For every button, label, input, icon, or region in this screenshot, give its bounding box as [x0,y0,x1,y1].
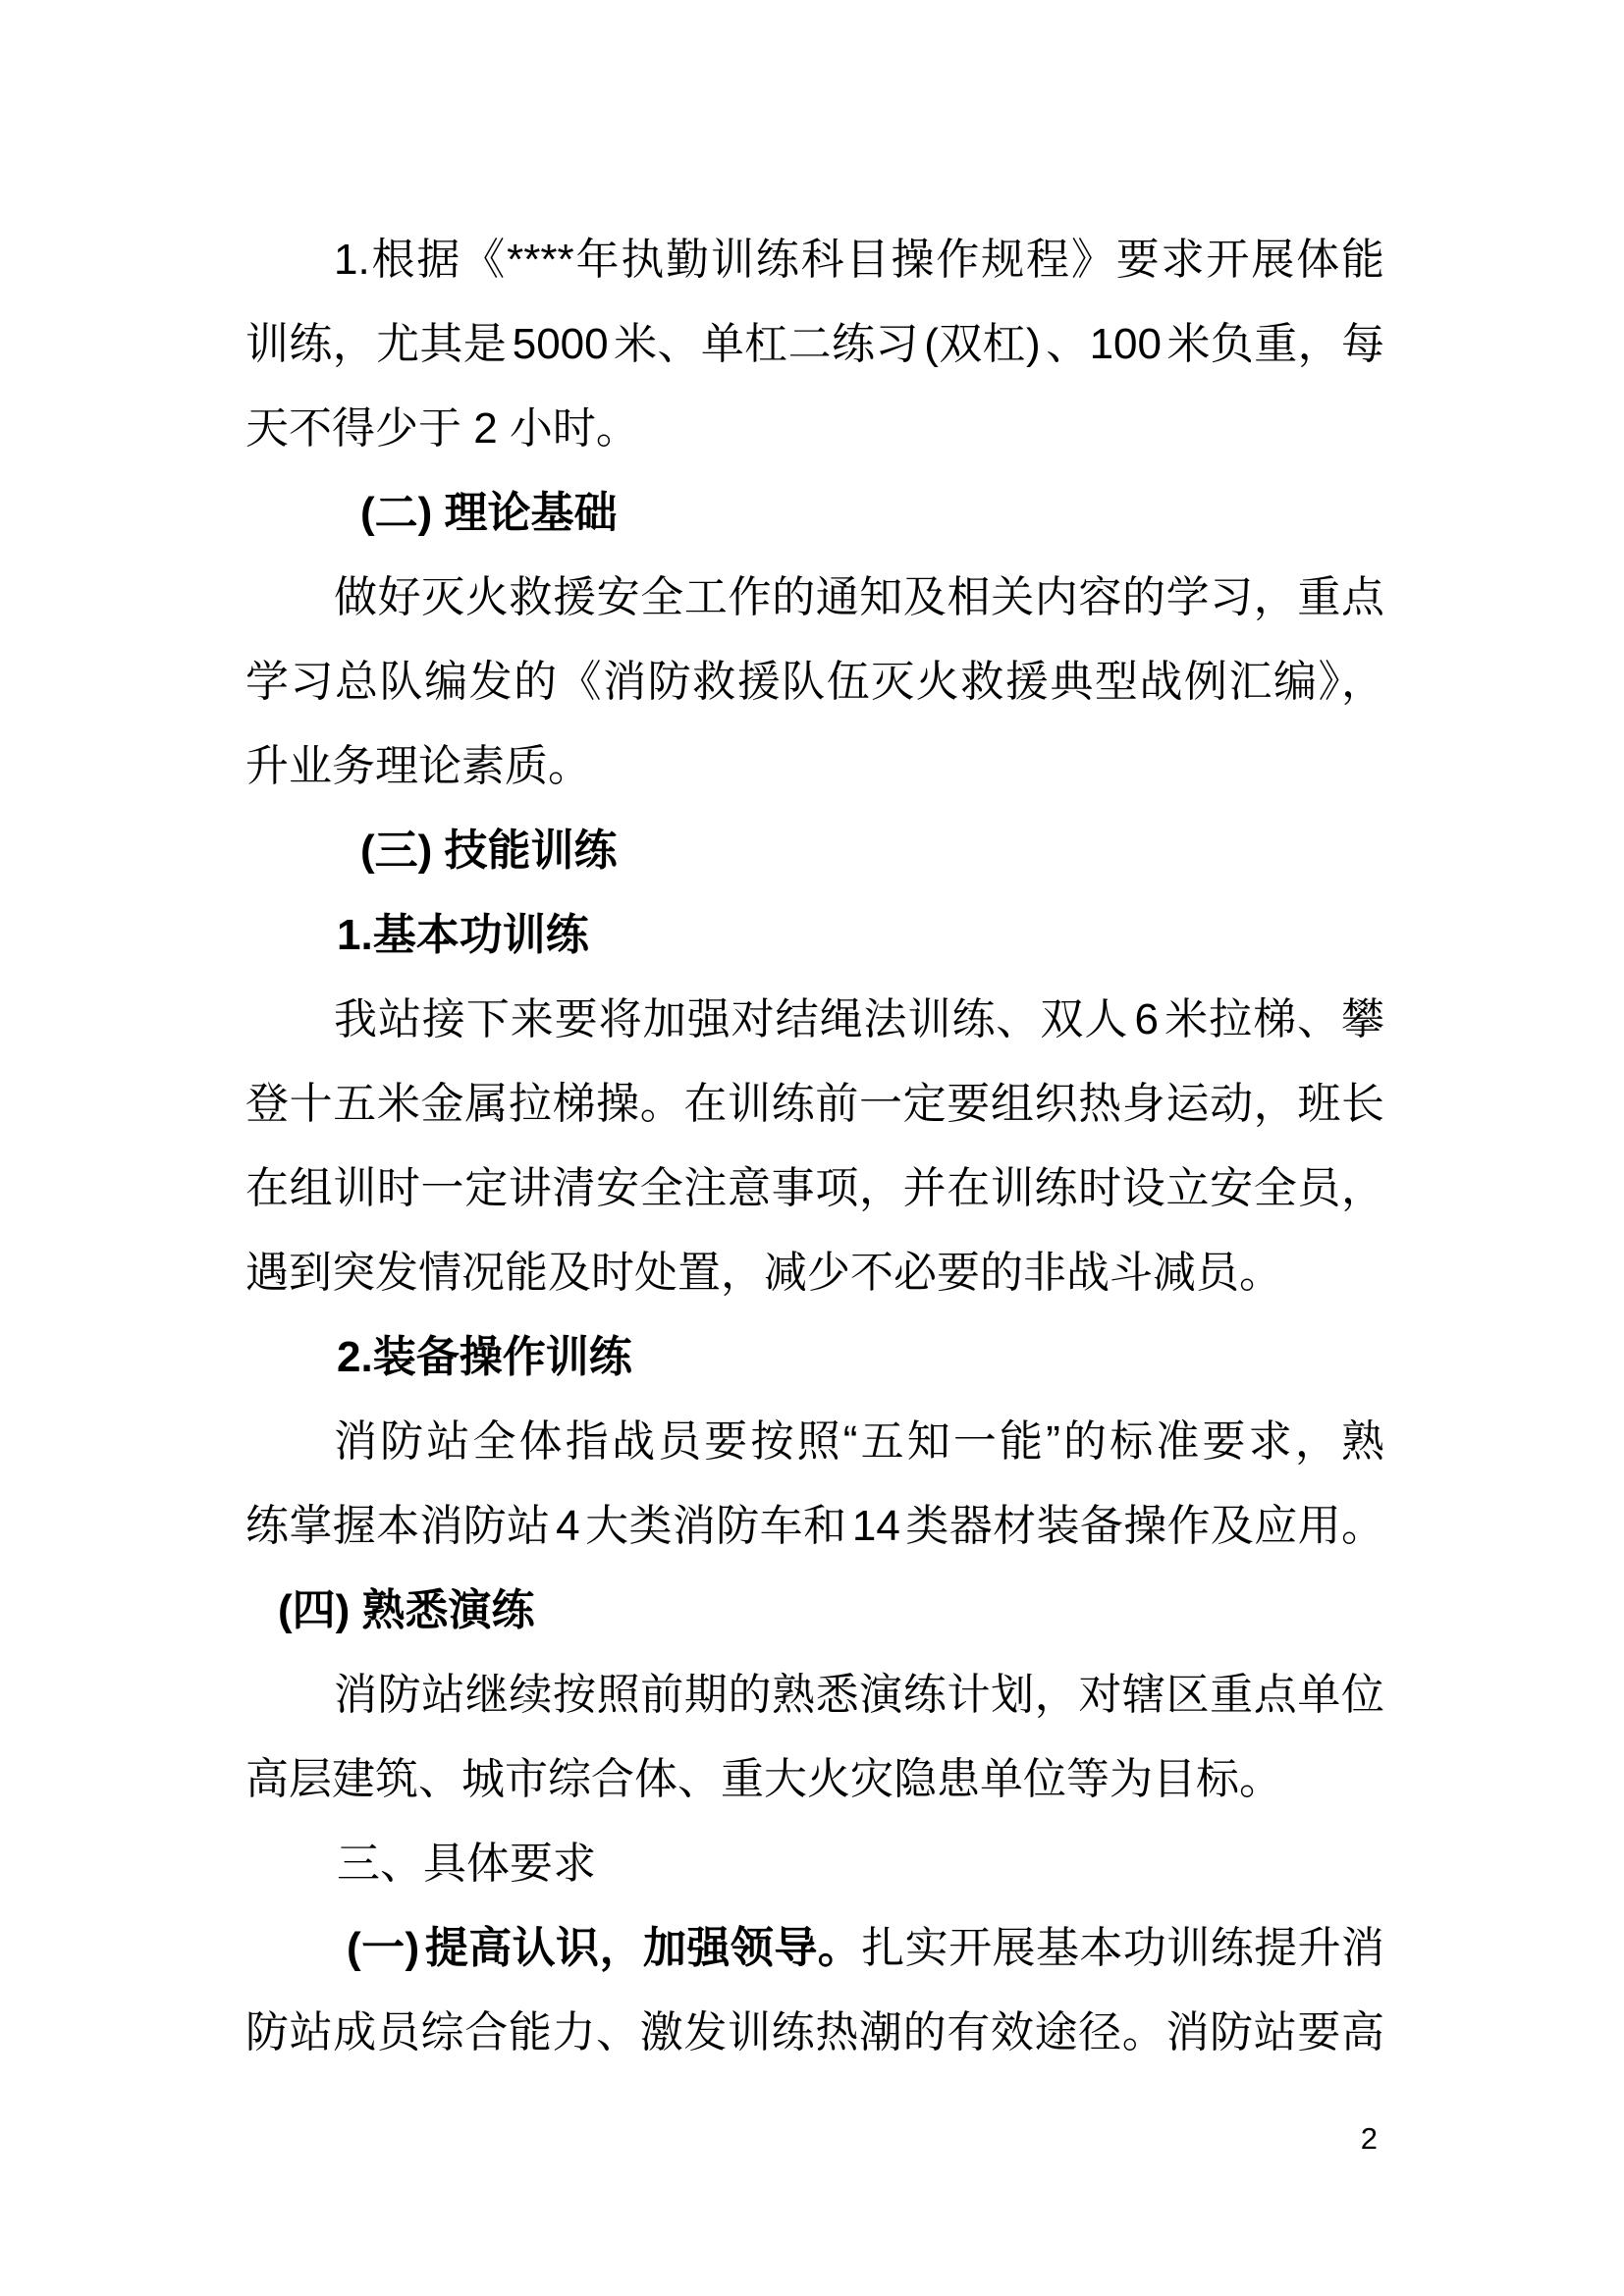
text-line: 消防站继续按照前期的熟悉演练计划，对辖区重点单位 [245,1653,1384,1737]
text-line: 1.根据《****年执勤训练科目操作规程》要求开展体能 [245,218,1384,302]
body-text: 练掌握本消防站 4 大类消防车和 14 类器材装备操作及应用。 [245,1502,1384,1550]
body-text: 消防站继续按照前期的熟悉演练计划，对辖区重点单位 [334,1671,1384,1719]
body-text: 三、具体要求 [337,1840,596,1888]
body-text: 1.根据《****年执勤训练科目操作规程》要求开展体能 [334,236,1384,284]
body-text: 遇到突发情况能及时处置，减少不必要的非战斗减员。 [245,1249,1282,1297]
document-body: 1.根据《****年执勤训练科目操作规程》要求开展体能训练，尤其是 5000 米… [245,218,1384,2075]
text-line: (三) 技能训练 [245,809,1384,893]
text-line: 练掌握本消防站 4 大类消防车和 14 类器材装备操作及应用。 [245,1484,1384,1569]
body-text: 消防站全体指战员要按照“五知一能”的标准要求，熟 [334,1417,1384,1466]
body-text: 天不得少于 2 小时。 [245,404,639,453]
body-text: 扎实开展基本功训练提升消 [861,1924,1384,1972]
text-line: (二) 理论基础 [245,471,1384,556]
document-page: 1.根据《****年执勤训练科目操作规程》要求开展体能训练，尤其是 5000 米… [0,0,1624,2296]
heading-text: (一) 提高认识，加强领导。 [347,1924,861,1972]
text-line: (四) 熟悉演练 [245,1569,1384,1653]
text-line: 我站接下来要将加强对结绳法训练、双人 6 米拉梯、攀 [245,978,1384,1062]
heading-text: (四) 熟悉演练 [278,1586,535,1634]
body-text: 升业务理论素质。 [245,742,591,790]
text-line: 登十五米金属拉梯操。在训练前一定要组织热身运动，班长 [245,1062,1384,1147]
text-line: 天不得少于 2 小时。 [245,387,1384,471]
text-line: 在组训时一定讲清安全注意事项，并在训练时设立安全员， [245,1147,1384,1231]
body-text: 做好灭火救援安全工作的通知及相关内容的学习，重点 [334,573,1384,621]
text-line: 消防站全体指战员要按照“五知一能”的标准要求，熟 [245,1400,1384,1484]
body-text: 学习总队编发的《消防救援队伍灭火救援典型战例汇编》，提 [245,658,1384,724]
text-line: 三、具体要求 [245,1822,1384,1906]
heading-text: 2.装备操作训练 [337,1333,632,1381]
text-line: 2.装备操作训练 [245,1315,1384,1400]
heading-text: (三) 技能训练 [360,827,618,875]
body-text: 登十五米金属拉梯操。在训练前一定要组织热身运动，班长 [245,1080,1384,1128]
text-line: 1.基本功训练 [245,893,1384,978]
text-line: 防站成员综合能力、激发训练热潮的有效途径。消防站要高 [245,1991,1384,2075]
heading-text: 1.基本功训练 [337,911,589,959]
body-text: 高层建筑、城市综合体、重大火灾隐患单位等为目标。 [245,1755,1282,1803]
page-number: 2 [1361,2120,1378,2158]
text-line: 遇到突发情况能及时处置，减少不必要的非战斗减员。 [245,1231,1384,1315]
body-text: 在组训时一定讲清安全注意事项，并在训练时设立安全员， [245,1164,1384,1212]
text-line: 升业务理论素质。 [245,724,1384,809]
body-text: 防站成员综合能力、激发训练热潮的有效途径。消防站要高 [245,2008,1384,2056]
text-line: 训练，尤其是 5000 米、单杠二练习 (双杠) 、100 米负重，每 [245,302,1384,387]
body-text: 我站接下来要将加强对结绳法训练、双人 6 米拉梯、攀 [334,995,1384,1043]
text-line: (一) 提高认识，加强领导。扎实开展基本功训练提升消 [245,1906,1384,1991]
text-line: 学习总队编发的《消防救援队伍灭火救援典型战例汇编》，提 [245,640,1384,724]
heading-text: (二) 理论基础 [360,489,618,537]
body-text: 训练，尤其是 5000 米、单杠二练习 (双杠) 、100 米负重，每 [245,320,1384,368]
text-line: 高层建筑、城市综合体、重大火灾隐患单位等为目标。 [245,1737,1384,1822]
text-line: 做好灭火救援安全工作的通知及相关内容的学习，重点 [245,556,1384,640]
